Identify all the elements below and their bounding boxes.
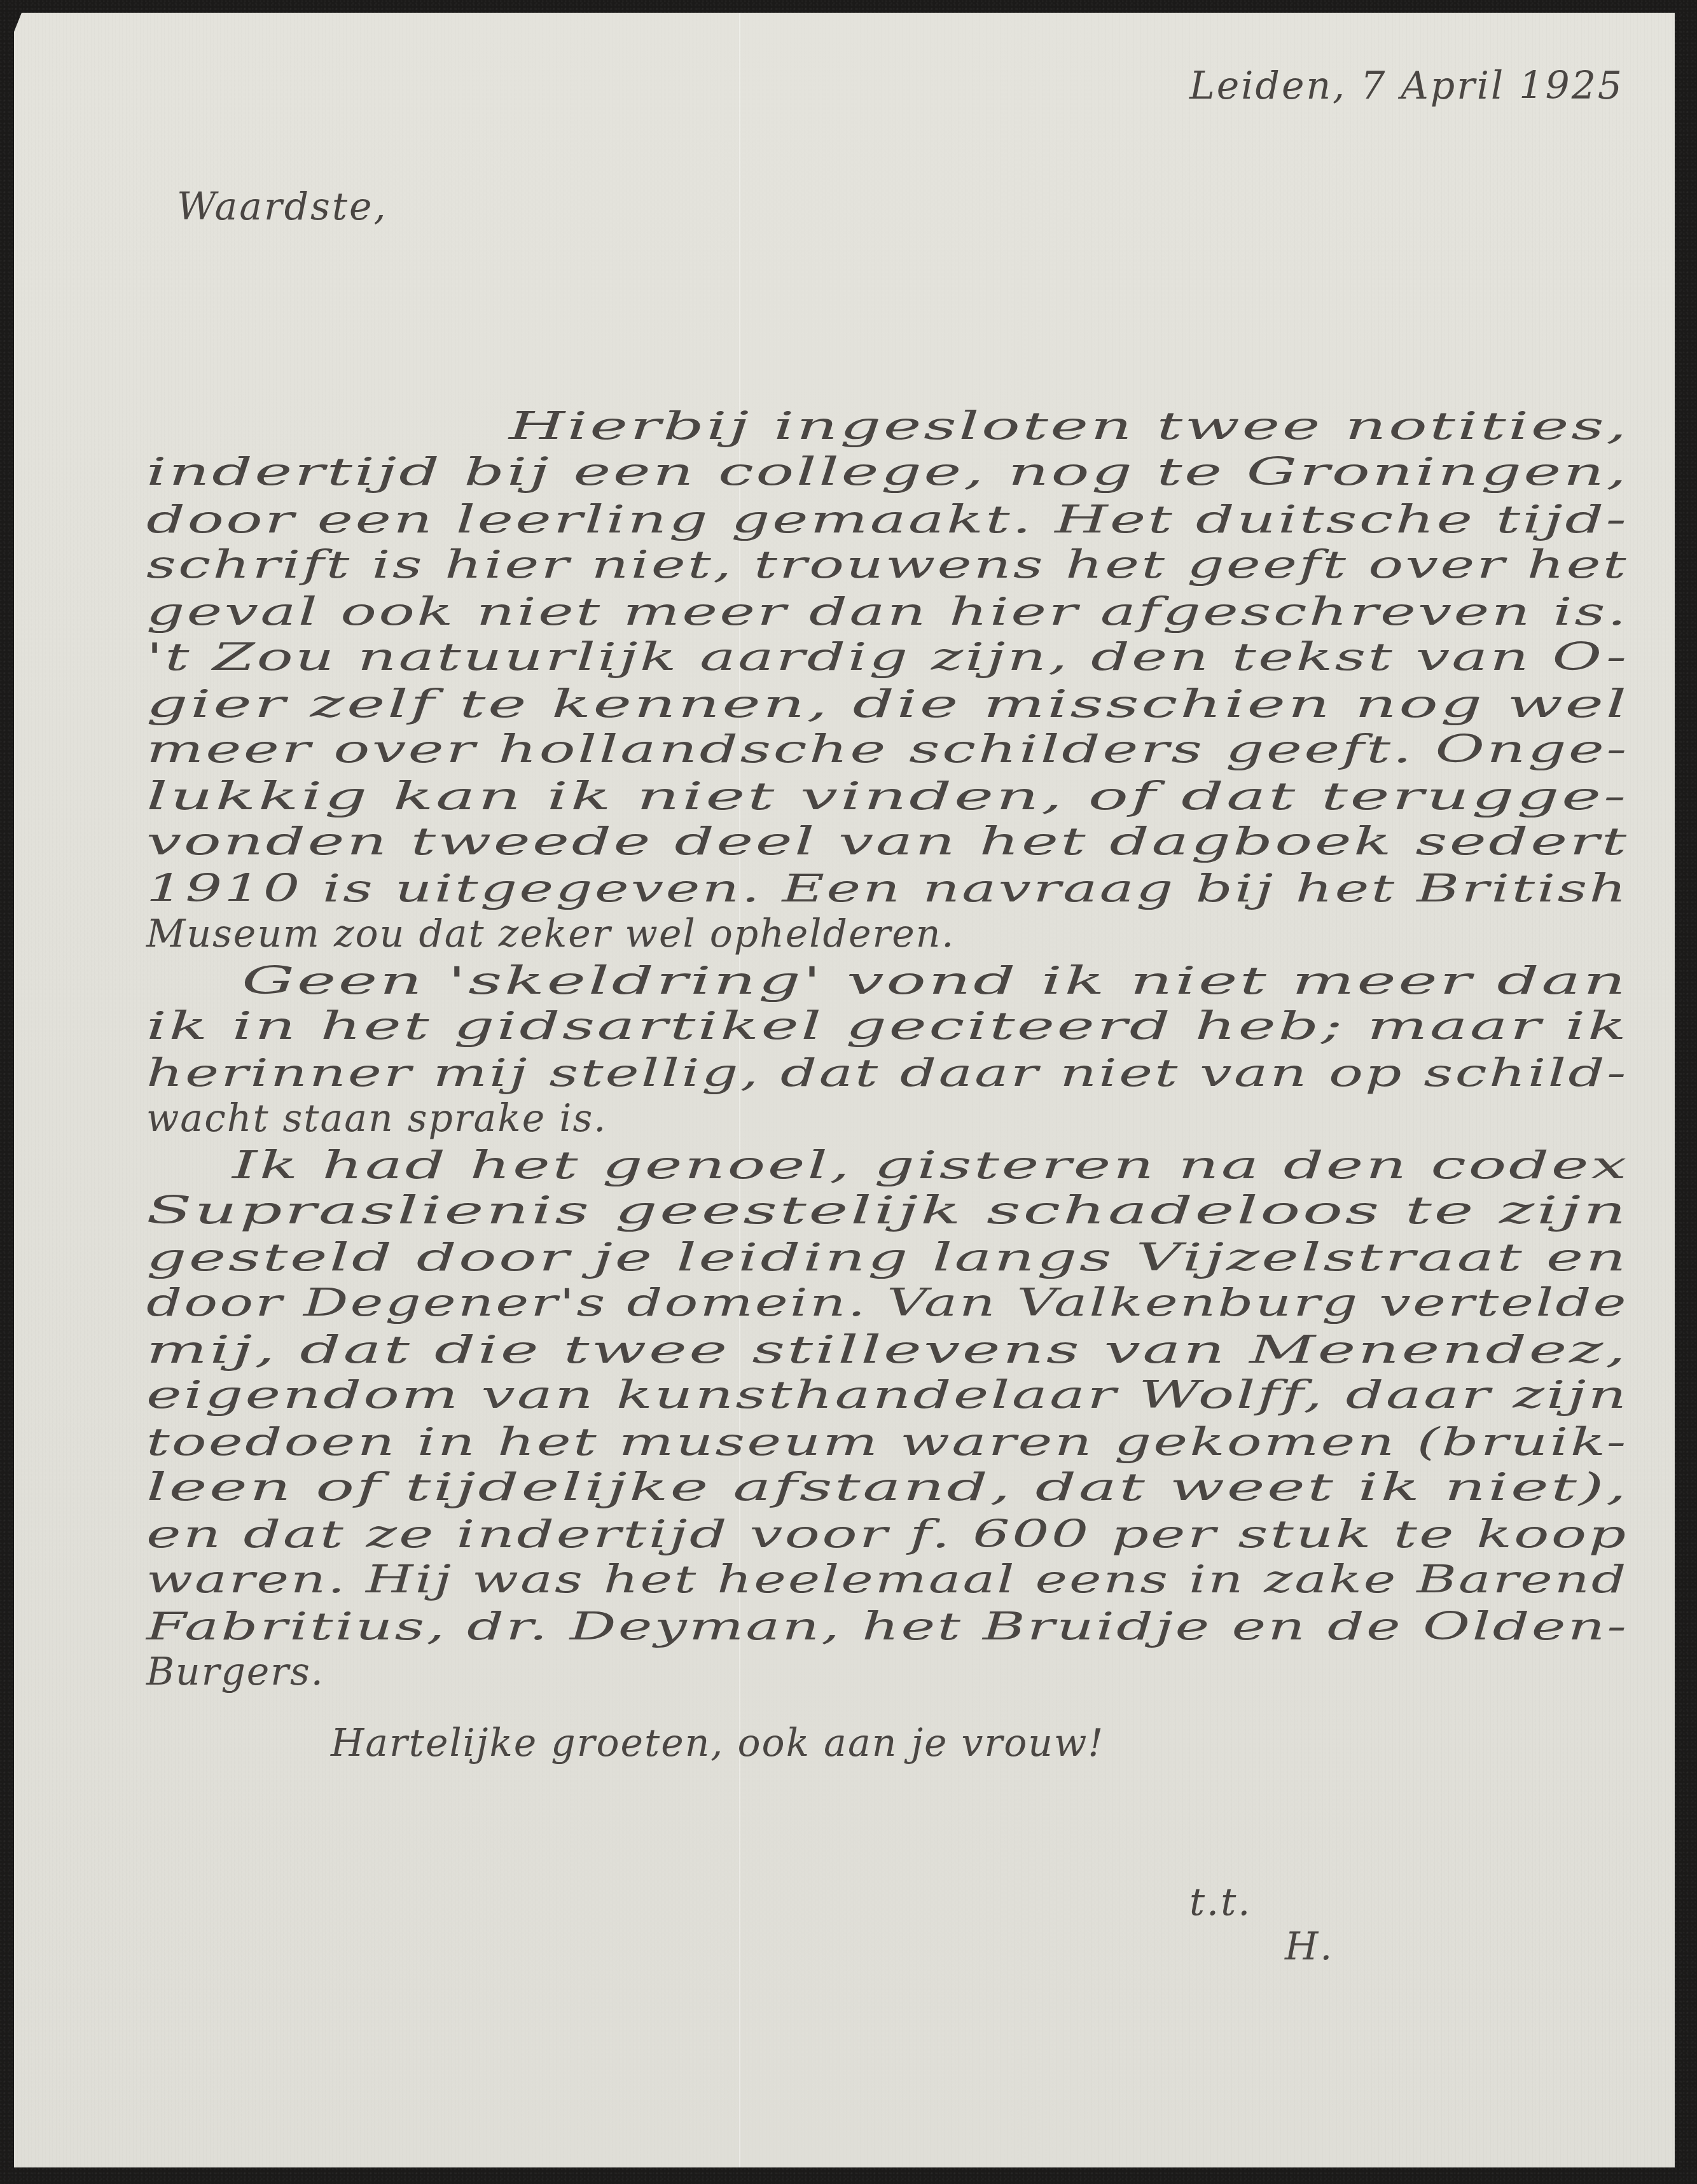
body-line: en dat ze indertijd voor f. 600 per stuk… [146,1515,1628,1554]
closing-initials: t.t. [1189,1883,1252,1921]
body-line: indertijd bij een college, nog te Gronin… [146,453,1628,491]
body-line: toedoen in het museum waren gekomen (bru… [146,1423,1628,1461]
body-line: meer over hollandsche schilders geeft. O… [146,730,1629,769]
body-line: door Degener's domein. Van Valkenburg ve… [146,1284,1628,1322]
body-line: Supraslienis geestelijk schadeloos te zi… [146,1192,1628,1230]
body-line: door een leerling gemaakt. Het duitsche … [146,501,1628,539]
body-line: 't Zou natuurlijk aardig zijn, den tekst… [146,638,1628,676]
body-line: gier zelf te kennen, die misschien nog w… [146,685,1629,723]
body-line: schrift is hier niet, trouwens het geeft… [146,546,1628,584]
body-line: mij, dat die twee stillevens van Menende… [146,1331,1628,1369]
body-line: Burgers. [146,1653,324,1691]
body-line: gesteld door je leiding langs Vijzelstra… [146,1239,1628,1277]
salutation: Waardste, [177,188,388,226]
body-line: Geen 'skeldring' vond ik niet meer dan [242,962,1628,1000]
body-line: Museum zou dat zeker wel ophelderen. [146,915,955,953]
signature: H. [1285,1928,1334,1966]
body-line: Fabritius, dr. Deyman, het Bruidje en de… [146,1608,1628,1646]
closing-greeting: Hartelijke groeten, ook aan je vrouw! [331,1724,1104,1762]
body-line: eigendom van kunsthandelaar Wolff, daar … [146,1376,1628,1414]
body-line: waren. Hij was het heelemaal eens in zak… [146,1561,1628,1599]
body-line: geval ook niet meer dan hier afgeschreve… [146,593,1628,631]
body-line: 1910 is uitgegeven. Een navraag bij het … [146,870,1628,908]
body-line: herinner mij stellig, dat daar niet van … [146,1054,1628,1092]
place-date: Leiden, 7 April 1925 [1189,67,1624,105]
body-line: Hierbij ingesloten twee notities, [509,407,1629,445]
body-line: ik in het gidsartikel geciteerd heb; maa… [146,1007,1628,1045]
body-line: leen of tijdelijke afstand, dat weet ik … [146,1468,1629,1506]
body-line: lukkig kan ik niet vinden, of dat terugg… [146,777,1628,816]
body-line: vonden tweede deel van het dagboek seder… [146,823,1628,861]
body-line: wacht staan sprake is. [146,1099,607,1137]
body-line: Ik had het genoel, gisteren na den codex [232,1146,1629,1185]
